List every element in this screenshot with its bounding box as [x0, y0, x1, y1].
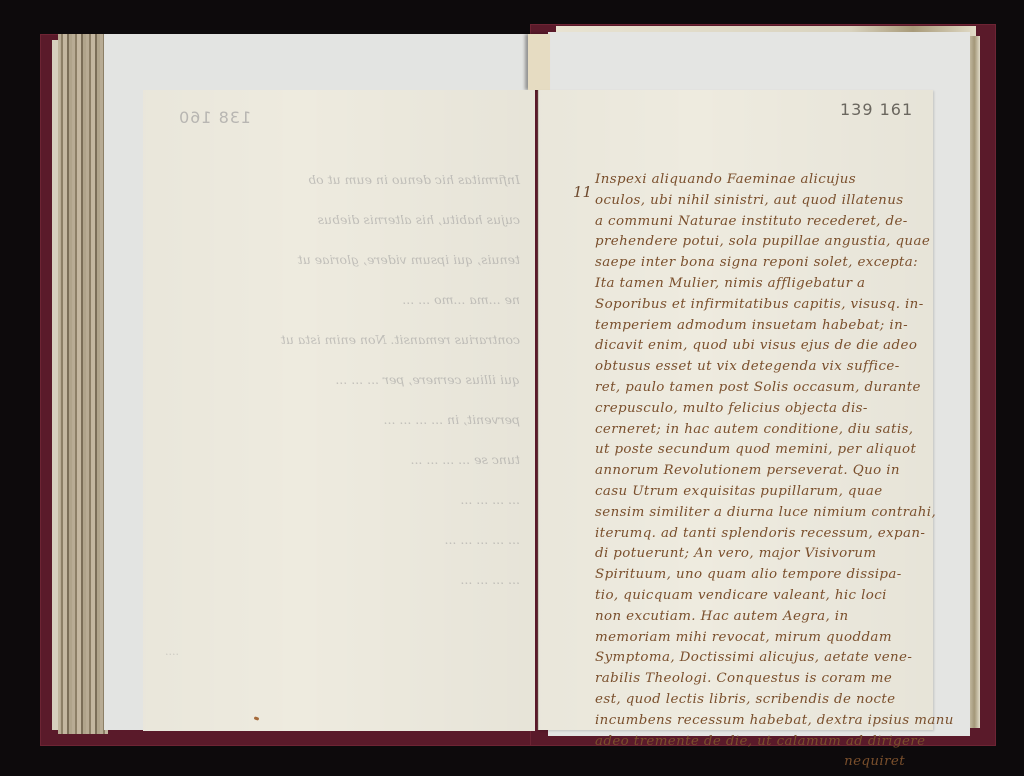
- ghost-line: tunc se ... ... ... ...: [160, 450, 520, 470]
- text-line: est, quod lectis libris, scribendis de n…: [595, 690, 935, 711]
- text-line: prehendere potui, sola pupillae angustia…: [595, 232, 935, 253]
- text-line: non excutiam. Hac autem Aegra, in: [595, 607, 935, 628]
- page-edges-left: [58, 34, 108, 734]
- text-line: obtusus esset ut vix detegenda vix suffi…: [595, 357, 935, 378]
- ghost-line: pervenit, in ... ... ... ...: [160, 410, 520, 430]
- text-line: Ita tamen Mulier, nimis affligebatur a: [595, 274, 935, 295]
- ghost-line: Infirmitas hic denuo in eum ut ob: [160, 170, 520, 190]
- text-line: Spirituum, uno quam alio tempore dissipa…: [595, 565, 935, 586]
- text-line: Symptoma, Doctissimi alicujus, aetate ve…: [595, 648, 935, 669]
- text-line: Inspexi aliquando Faeminae alicujus: [595, 170, 935, 191]
- ghost-line: ne ...ma ...mo ... ...: [160, 290, 520, 310]
- ghost-line: ... ... ... ...: [160, 490, 520, 510]
- text-line: casu Utrum exquisitas pupillarum, quae: [595, 482, 935, 503]
- ghost-line: ... ... ... ... ...: [160, 530, 520, 550]
- show-through-text: Infirmitas hic denuo in eum ut ob cujus …: [160, 150, 520, 610]
- folio-number: 139 161: [840, 100, 913, 119]
- text-line: ut poste secundum quod memini, per aliqu…: [595, 440, 935, 461]
- text-line: iterumq. ad tanti splendoris recessum, e…: [595, 524, 935, 545]
- text-line: annorum Revolutionem perseverat. Quo in: [595, 461, 935, 482]
- gutter-line: [537, 90, 539, 730]
- text-line: sensim similiter a diurna luce nimium co…: [595, 503, 935, 524]
- ghost-line: cujus habitu, his alternis diebus: [160, 210, 520, 230]
- ghost-line: contrarius remansit. Non enim ista ut: [160, 330, 520, 350]
- text-line: rabilis Theologi. Conquestus is coram me: [595, 669, 935, 690]
- ghost-line: tenuis, qui ipsum videre, gloriae ut: [160, 250, 520, 270]
- text-line: memoriam mihi revocat, mirum quoddam: [595, 628, 935, 649]
- text-line: Soporibus et infirmitatibus capitis, vis…: [595, 295, 935, 316]
- margin-section-number: 11: [573, 183, 592, 201]
- text-line: saepe inter bona signa reponi solet, exc…: [595, 253, 935, 274]
- text-line: di potuerunt; An vero, major Visivorum: [595, 544, 935, 565]
- text-line: incumbens recessum habebat, dextra ipsiu…: [595, 711, 935, 732]
- ghost-line: qui illius cernere, per ... ... ...: [160, 370, 520, 390]
- text-line: dicavit enim, quod ubi visus ejus de die…: [595, 336, 935, 357]
- ghost-line: ... ... ... ...: [160, 570, 520, 590]
- text-line: a communi Naturae instituto recederet, d…: [595, 212, 935, 233]
- text-line: temperiem admodum insuetam habebat; in-: [595, 316, 935, 337]
- manuscript-text: Inspexi aliquando Faeminae alicujus ocul…: [595, 170, 935, 773]
- text-line: adeo tremente de die, ut calamum ad diri…: [595, 732, 935, 753]
- text-line: oculos, ubi nihil sinistri, aut quod ill…: [595, 191, 935, 212]
- catchword: nequiret: [595, 752, 935, 773]
- text-line: cerneret; in hac autem conditione, diu s…: [595, 420, 935, 441]
- folio-number-ghost: 138 160: [178, 108, 251, 127]
- text-line: ret, paulo tamen post Solis occasum, dur…: [595, 378, 935, 399]
- text-line: crepusculo, multo felicius objecta dis-: [595, 399, 935, 420]
- text-line: tio, quicquam vendicare valeant, hic loc…: [595, 586, 935, 607]
- ghost-bottom-note: ....: [165, 645, 179, 658]
- gutter-strip: [528, 34, 550, 90]
